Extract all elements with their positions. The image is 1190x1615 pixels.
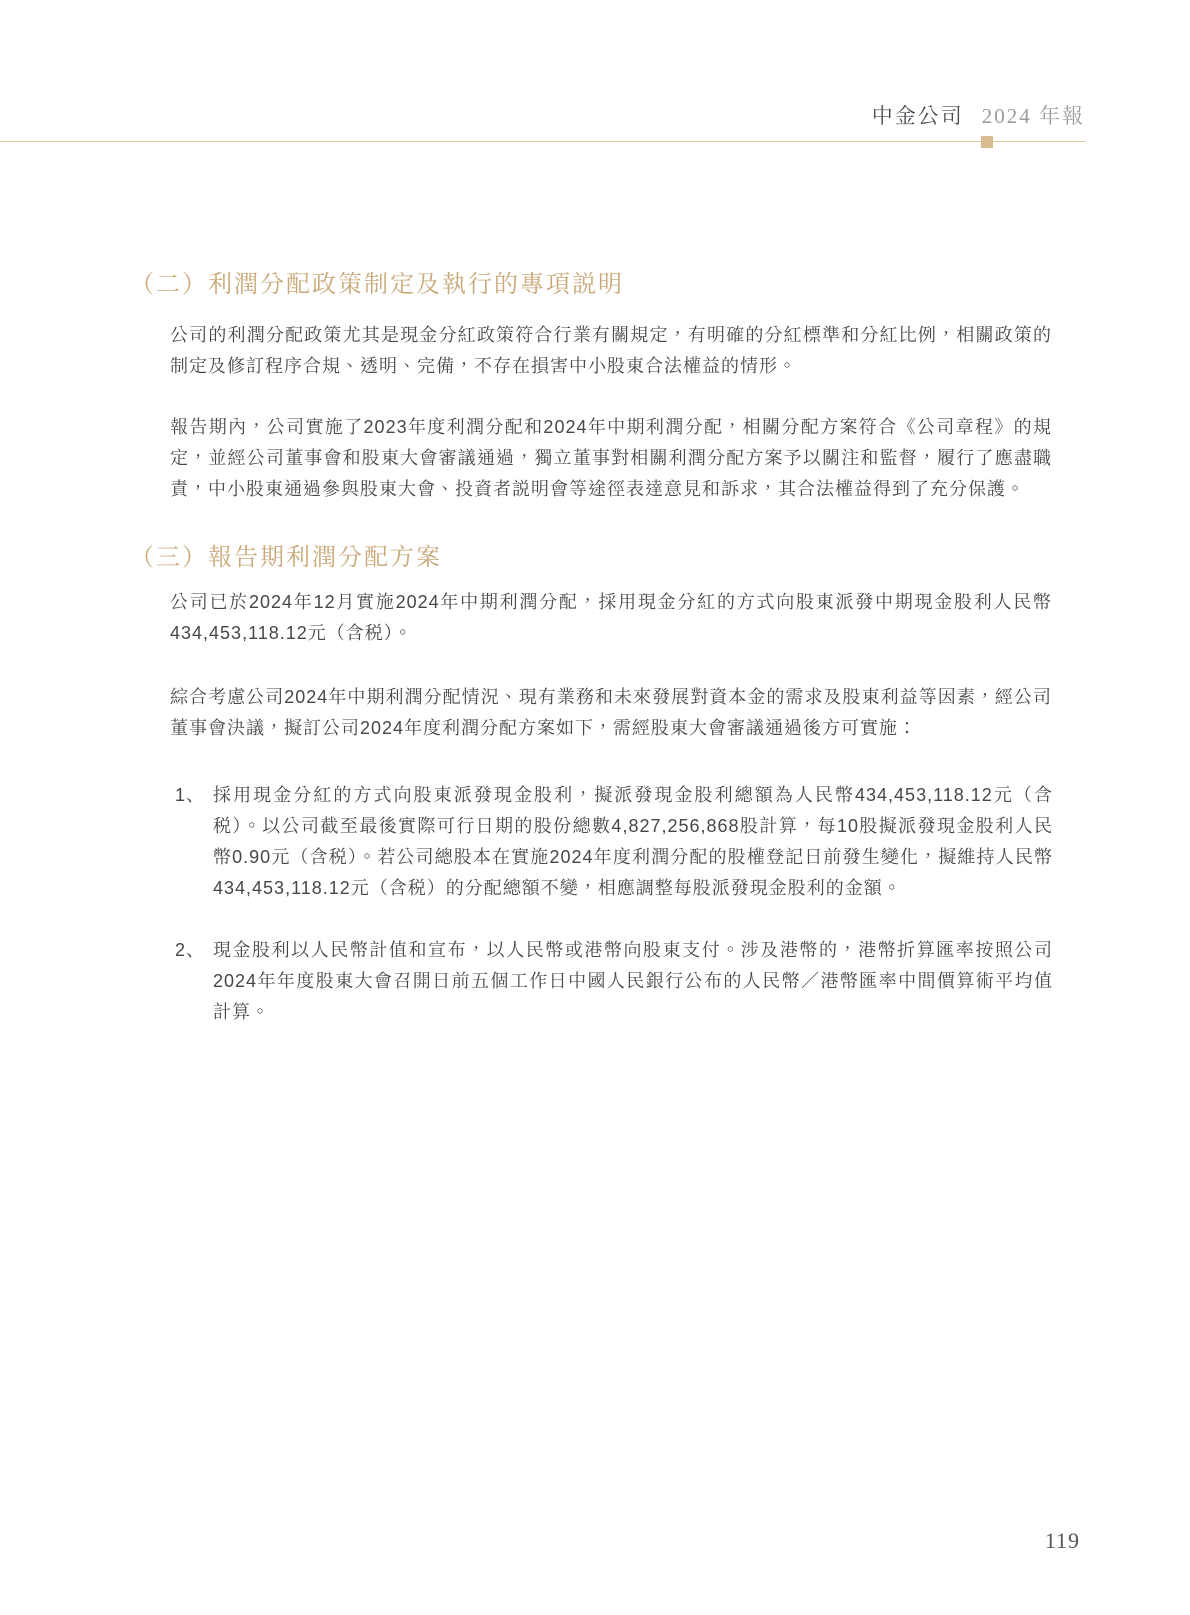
list-item: 2、 現金股利以人民幣計值和宣布，以人民幣或港幣向股東支付。涉及港幣的，港幣折算… xyxy=(175,935,1053,1028)
list-item-marker: 2、 xyxy=(175,935,213,1028)
paragraph: 公司的利潤分配政策尤其是現金分紅政策符合行業有關規定，有明確的分紅標準和分紅比例… xyxy=(170,320,1052,382)
header-divider-line xyxy=(0,141,1085,142)
list-item: 1、 採用現金分紅的方式向股東派發現金股利，擬派發現金股利總額為人民幣434,4… xyxy=(175,780,1053,904)
header-company-name: 中金公司 xyxy=(872,104,964,128)
page-number: 119 xyxy=(1045,1528,1080,1554)
annual-report-page: 中金公司2024 年報 （二）利潤分配政策制定及執行的專項説明 公司的利潤分配政… xyxy=(0,0,1190,1615)
section-heading-profit-distribution-policy: （二）利潤分配政策制定及執行的專項説明 xyxy=(130,264,624,299)
list-item-text: 現金股利以人民幣計值和宣布，以人民幣或港幣向股東支付。涉及港幣的，港幣折算匯率按… xyxy=(213,935,1053,1028)
section-heading-reporting-period-plan: （三）報告期利潤分配方案 xyxy=(130,537,442,572)
paragraph: 公司已於2024年12月實施2024年中期利潤分配，採用現金分紅的方式向股東派發… xyxy=(170,587,1052,649)
page-header: 中金公司2024 年報 xyxy=(872,100,1085,130)
paragraph: 綜合考慮公司2024年中期利潤分配情況、現有業務和未來發展對資本金的需求及股東利… xyxy=(170,682,1052,744)
list-item-text: 採用現金分紅的方式向股東派發現金股利，擬派發現金股利總額為人民幣434,453,… xyxy=(213,780,1053,904)
paragraph: 報告期內，公司實施了2023年度利潤分配和2024年中期利潤分配，相關分配方案符… xyxy=(170,412,1052,505)
header-divider-square-ornament xyxy=(981,136,993,148)
header-report-title: 2024 年報 xyxy=(982,104,1085,128)
list-item-marker: 1、 xyxy=(175,780,213,904)
